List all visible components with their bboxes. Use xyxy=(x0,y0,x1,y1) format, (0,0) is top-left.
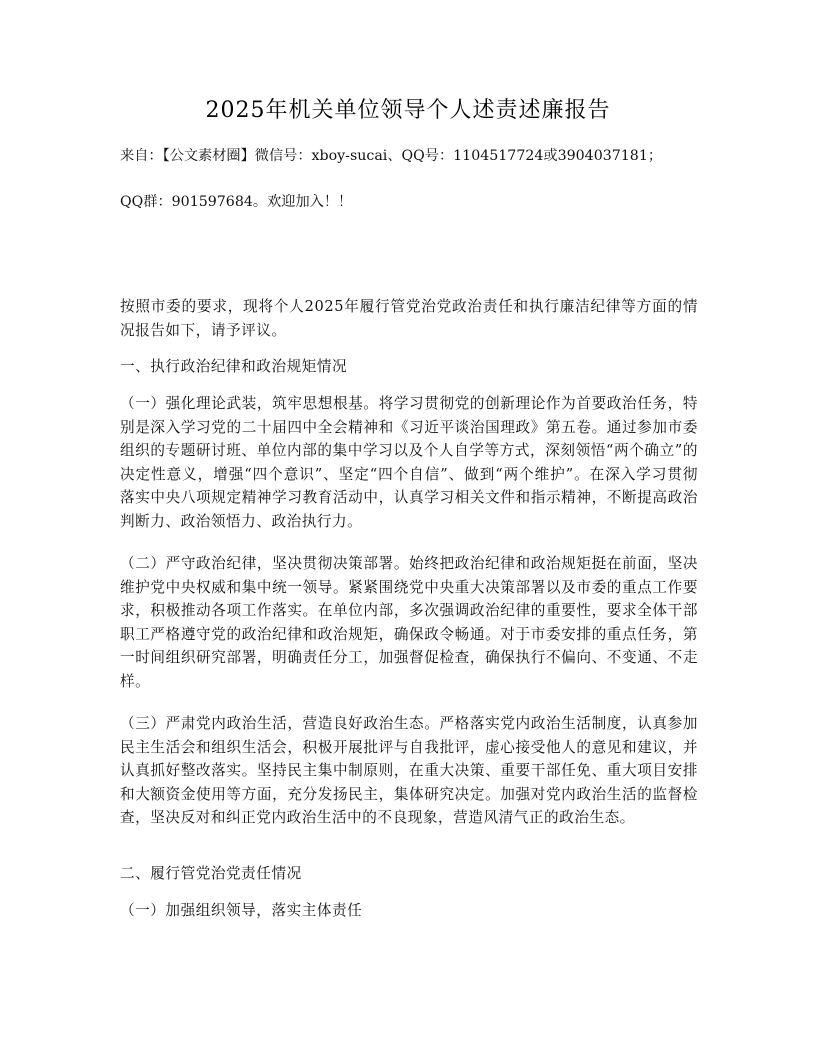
document-title: 2025年机关单位领导个人述责述廉报告 xyxy=(0,96,816,126)
section-1-paragraph-1: （一）强化理论武装，筑牢思想根基。将学习贯彻党的创新理论作为首要政治任务，特别是… xyxy=(120,392,698,533)
section-1-paragraph-2: （二）严守政治纪律，坚决贯彻决策部署。始终把政治纪律和政治规矩挺在前面，坚决维护… xyxy=(120,552,698,693)
qq-group-line: QQ群：901597684。欢迎加入！！ xyxy=(120,192,720,212)
source-info-line: 来自：【公文素材圈】微信号：xboy-sucai、QQ号：1104517724或… xyxy=(120,146,720,166)
section-2-subheading: （一）加强组织领导，落实主体责任 xyxy=(120,899,698,923)
section-2-heading: 二、履行管党治党责任情况 xyxy=(120,862,698,886)
intro-paragraph: 按照市委的要求，现将个人2025年履行管党治党政治责任和执行廉洁纪律等方面的情况… xyxy=(120,295,698,342)
section-1-paragraph-3: （三）严肃党内政治生活，营造良好政治生态。严格落实党内政治生活制度，认真参加民主… xyxy=(120,712,698,830)
document-page: 2025年机关单位领导个人述责述廉报告 来自：【公文素材圈】微信号：xboy-s… xyxy=(0,0,816,1056)
section-1-heading: 一、执行政治纪律和政治规矩情况 xyxy=(120,355,698,379)
